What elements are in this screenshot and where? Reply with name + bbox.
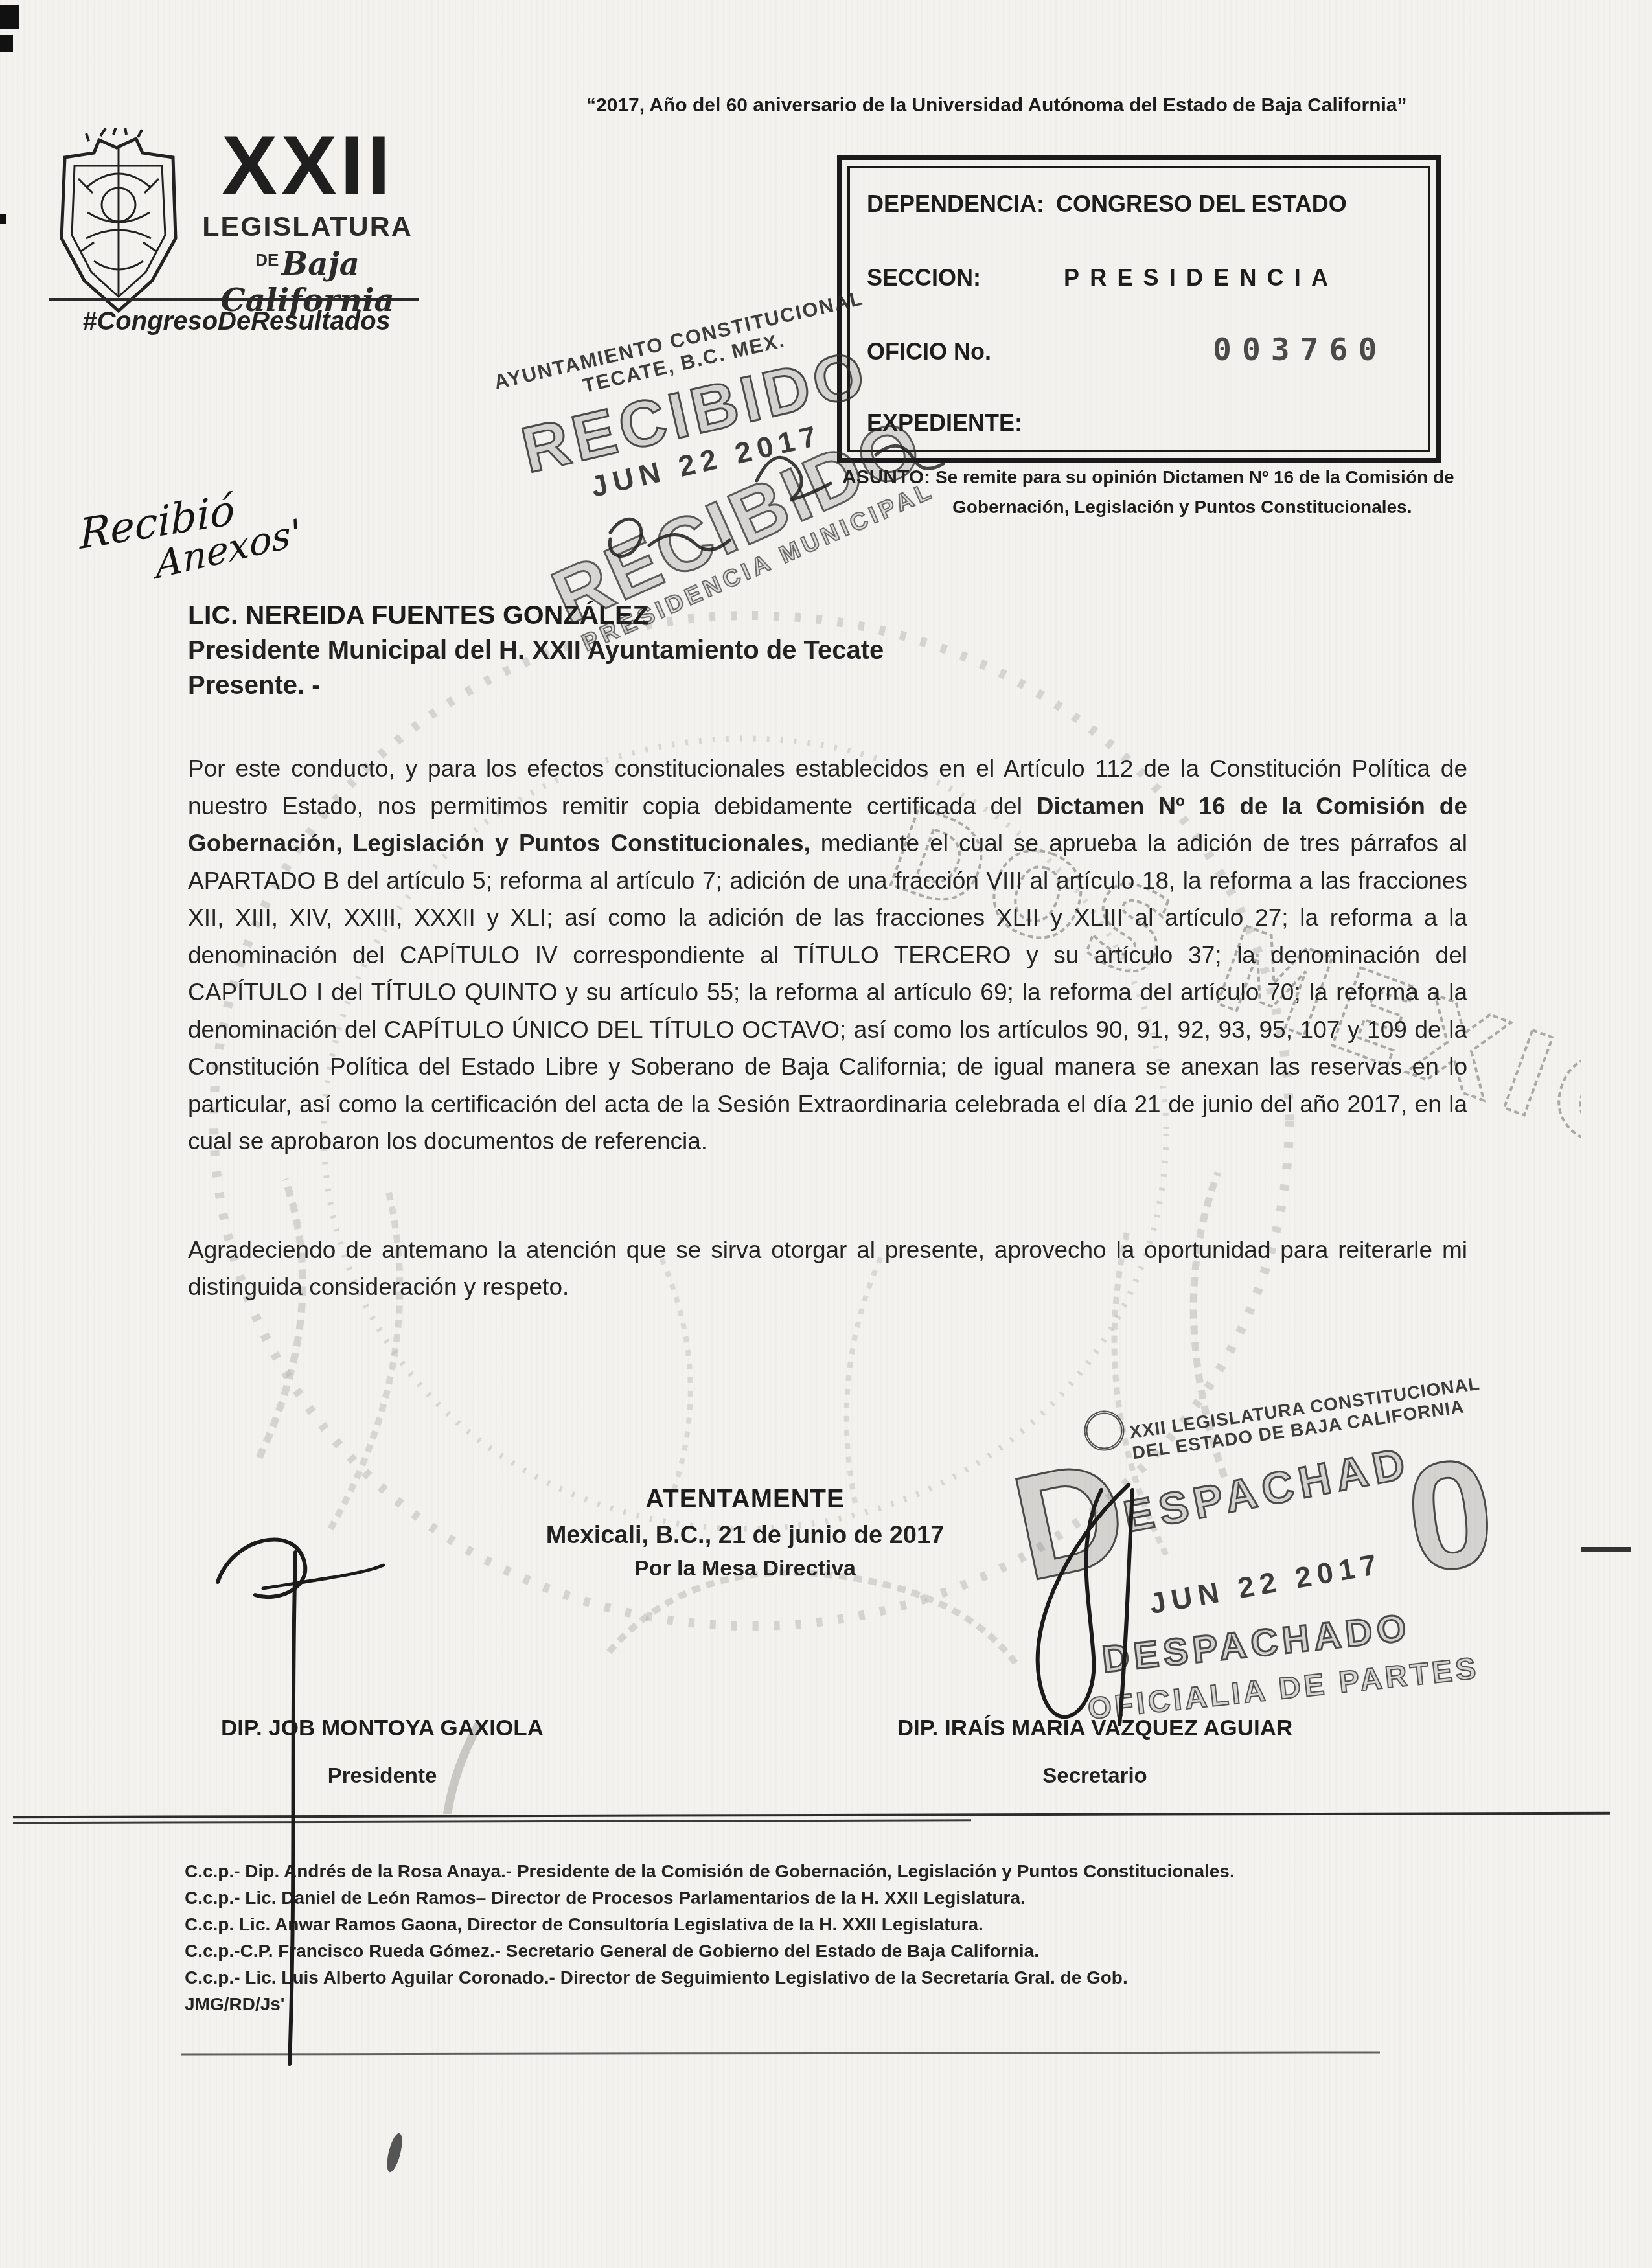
recipient-role: Presidente Municipal del H. XXII Ayuntam…	[188, 636, 1095, 665]
atentamente: ATENTAMENTE	[453, 1485, 1037, 1514]
recipient-salutation: Presente. -	[188, 671, 1095, 700]
dependencia-label: DEPENDENCIA:	[867, 190, 1044, 218]
closing-place-date: Mexicali, B.C., 21 de junio de 2017	[453, 1522, 1037, 1550]
signature-right-title: Secretario	[862, 1763, 1328, 1788]
body-p1-post: mediante el cual se aprueba la adición d…	[188, 830, 1467, 1154]
scan-artifact	[0, 35, 13, 52]
stamp-congress-dispatched: XXII LEGISLATURA CONSTITUCIONAL DEL ESTA…	[1022, 1384, 1544, 1712]
letter-body: Por este conducto, y para los efectos co…	[188, 750, 1467, 1306]
scan-dash	[1581, 1547, 1631, 1552]
logo-legislatura: LEGISLATURA	[192, 211, 422, 243]
ccp-line: C.c.p.- Lic. Luis Alberto Aguilar Corona…	[185, 1964, 1325, 1991]
seccion-value: PRESIDENCIA	[1064, 264, 1338, 292]
coat-of-arms-icon	[49, 128, 188, 319]
logo-roman-numeral: XXII	[192, 117, 422, 214]
stamp-dispatch-date: JUN 22 2017	[1147, 1547, 1385, 1621]
ink-blot	[384, 2132, 405, 2174]
signature-left-name: DIP. JOB MONTOYA GAXIOLA	[188, 1715, 577, 1741]
signature-right-block: DIP. IRAÍS MARÍA VAZQUEZ AGUIAR Secretar…	[862, 1715, 1328, 1788]
ccp-line: C.c.p. Lic. Anwar Ramos Gaona, Director …	[185, 1911, 1325, 1938]
scan-artifact	[0, 214, 6, 224]
legislature-logo: XXII LEGISLATURA DE Baja California #Con…	[49, 128, 421, 329]
closing-block: ATENTAMENTE Mexicali, B.C., 21 de junio …	[453, 1485, 1037, 1581]
body-paragraph-1: Por este conducto, y para los efectos co…	[188, 750, 1467, 1160]
logo-hashtag: #CongresoDeResultados	[55, 307, 418, 336]
signature-left-block: DIP. JOB MONTOYA GAXIOLA Presidente	[188, 1715, 577, 1788]
scan-artifact	[0, 5, 19, 29]
stamp-big-letter-o: 0	[1399, 1434, 1502, 1596]
ccp-line: C.c.p.- Dip. Andrés de la Rosa Anaya.- P…	[185, 1858, 1325, 1884]
logo-divider	[49, 298, 419, 301]
scanned-official-letter: { "header": { "quote": "“2017, Año del 6…	[0, 0, 1652, 2268]
logo-de: DE	[255, 250, 279, 269]
ccp-line: C.c.p.- Lic. Daniel de León Ramos– Direc…	[185, 1884, 1325, 1911]
signature-left-title: Presidente	[188, 1763, 577, 1788]
footer-divider-bottom-line	[13, 1819, 971, 1824]
asunto-text: Se remite para su opinión Dictamen Nº 16…	[935, 467, 1454, 517]
ccp-initials: JMG/RD/Js'	[185, 1991, 1325, 2017]
ccp-block: C.c.p.- Dip. Andrés de la Rosa Anaya.- P…	[185, 1858, 1325, 2017]
bottom-rule	[181, 2051, 1380, 2055]
body-paragraph-2: Agradeciendo de antemano la atención que…	[188, 1231, 1467, 1306]
closing-mesa-directiva: Por la Mesa Directiva	[453, 1556, 1037, 1581]
oficio-number: 003760	[1213, 332, 1387, 368]
ccp-line: C.c.p.-C.P. Francisco Rueda Gómez.- Secr…	[185, 1938, 1325, 1964]
dependencia-value: CONGRESO DEL ESTADO	[1056, 190, 1347, 218]
header-quote: “2017, Año del 60 aniversario de la Univ…	[586, 95, 1441, 117]
